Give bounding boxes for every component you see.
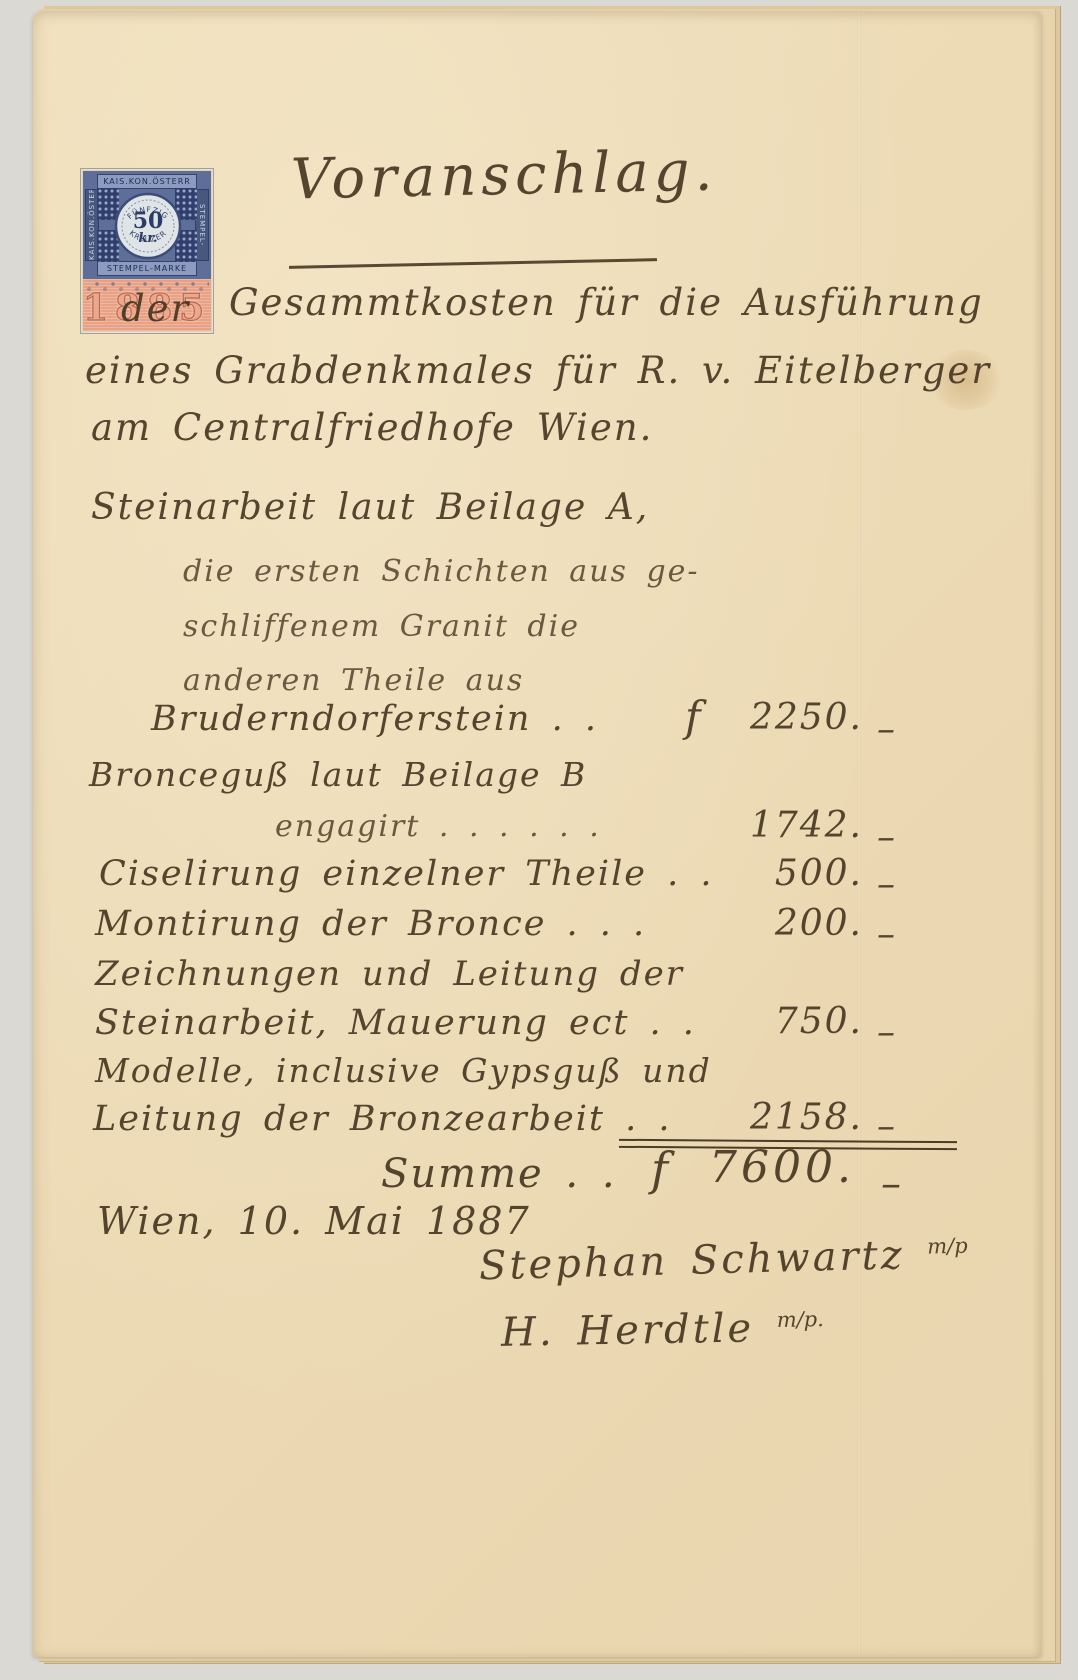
item-amount: 2250. — [633, 700, 863, 736]
stamp-blue-panel: KAIS.KON.ÖSTERR STEMPEL-MARKE KAIS.KON.Ö… — [83, 171, 211, 279]
total-label: Summe . . — [381, 1154, 617, 1194]
item-line: die ersten Schichten aus ge- — [183, 557, 700, 587]
signature-name: Stephan Schwartz — [478, 1232, 905, 1289]
amount-dash: – — [877, 867, 921, 903]
item-line: engagirt . . . . . . — [275, 812, 601, 842]
scan-background: { "document": { "title": "Voranschlag.",… — [0, 0, 1078, 1680]
stamp-footer-text: STEMPEL-MARKE — [97, 261, 197, 276]
item-line: Steinarbeit, Mauerung ect . . — [95, 1006, 696, 1041]
title-underline — [289, 258, 657, 269]
item-line: Bruderndorferstein . . — [151, 702, 598, 737]
item-amount: 750. — [633, 1004, 863, 1040]
amount-dash: – — [881, 1164, 925, 1204]
intro-line-3: am Centralfriedhofe Wien. — [91, 409, 653, 446]
item-line: Bronceguß laut Beilage B — [89, 758, 587, 791]
amount-dash: – — [877, 1015, 921, 1051]
item-line: Steinarbeit laut Beilage A, — [91, 490, 649, 526]
stamp-right-edge-text: STEMPEL-MARKE — [195, 189, 209, 261]
intro-line-1: Gesammtkosten für die Ausführung — [229, 284, 984, 321]
stamp-value-unit: kr. — [138, 231, 157, 246]
item-line: anderen Theile aus — [183, 666, 524, 696]
item-line: Ciselirung einzelner Theile . . — [99, 857, 714, 892]
intro-line-2: eines Grabdenkmales für R. v. Eitelberge… — [85, 352, 991, 389]
document-page: KAIS.KON.ÖSTERR STEMPEL-MARKE KAIS.KON.Ö… — [33, 12, 1041, 1657]
amount-dash: – — [877, 820, 921, 856]
item-line: Zeichnungen und Leitung der — [95, 957, 684, 991]
item-amount: 200. — [633, 906, 863, 942]
amount-dash: – — [877, 917, 921, 953]
stamp-denomination-circle: FÜNFZIG KREUZER 50 kr. — [114, 192, 182, 260]
amount-dash: – — [877, 1109, 921, 1145]
item-line: Modelle, inclusive Gypsguß und — [95, 1054, 712, 1087]
item-line: Leitung der Bronzearbeit . . — [93, 1102, 672, 1137]
amount-dash: – — [877, 712, 921, 748]
page-title: Voranschlag. — [290, 144, 717, 209]
item-line: schliffenem Granit die — [183, 612, 580, 642]
signature-h-herdtle: H. Herdtle m/p. — [501, 1307, 825, 1353]
intro-word-der: der — [121, 290, 190, 327]
item-line: Montirung der Bronce . . . — [95, 907, 646, 942]
item-amount: 1742. — [633, 808, 863, 844]
signature-stephan-schwartz: Stephan Schwartz m/p — [479, 1234, 969, 1287]
date-line: Wien, 10. Mai 1887 — [97, 1202, 531, 1240]
signature-name: H. Herdtle — [501, 1305, 755, 1355]
stamp-header-text: KAIS.KON.ÖSTERR — [97, 174, 197, 189]
total-amount: 7600. — [613, 1146, 855, 1190]
signature-suffix: m/p — [927, 1234, 968, 1259]
item-amount: 500. — [633, 856, 863, 892]
signature-suffix: m/p. — [776, 1307, 824, 1332]
item-amount: 2158. — [633, 1100, 863, 1136]
